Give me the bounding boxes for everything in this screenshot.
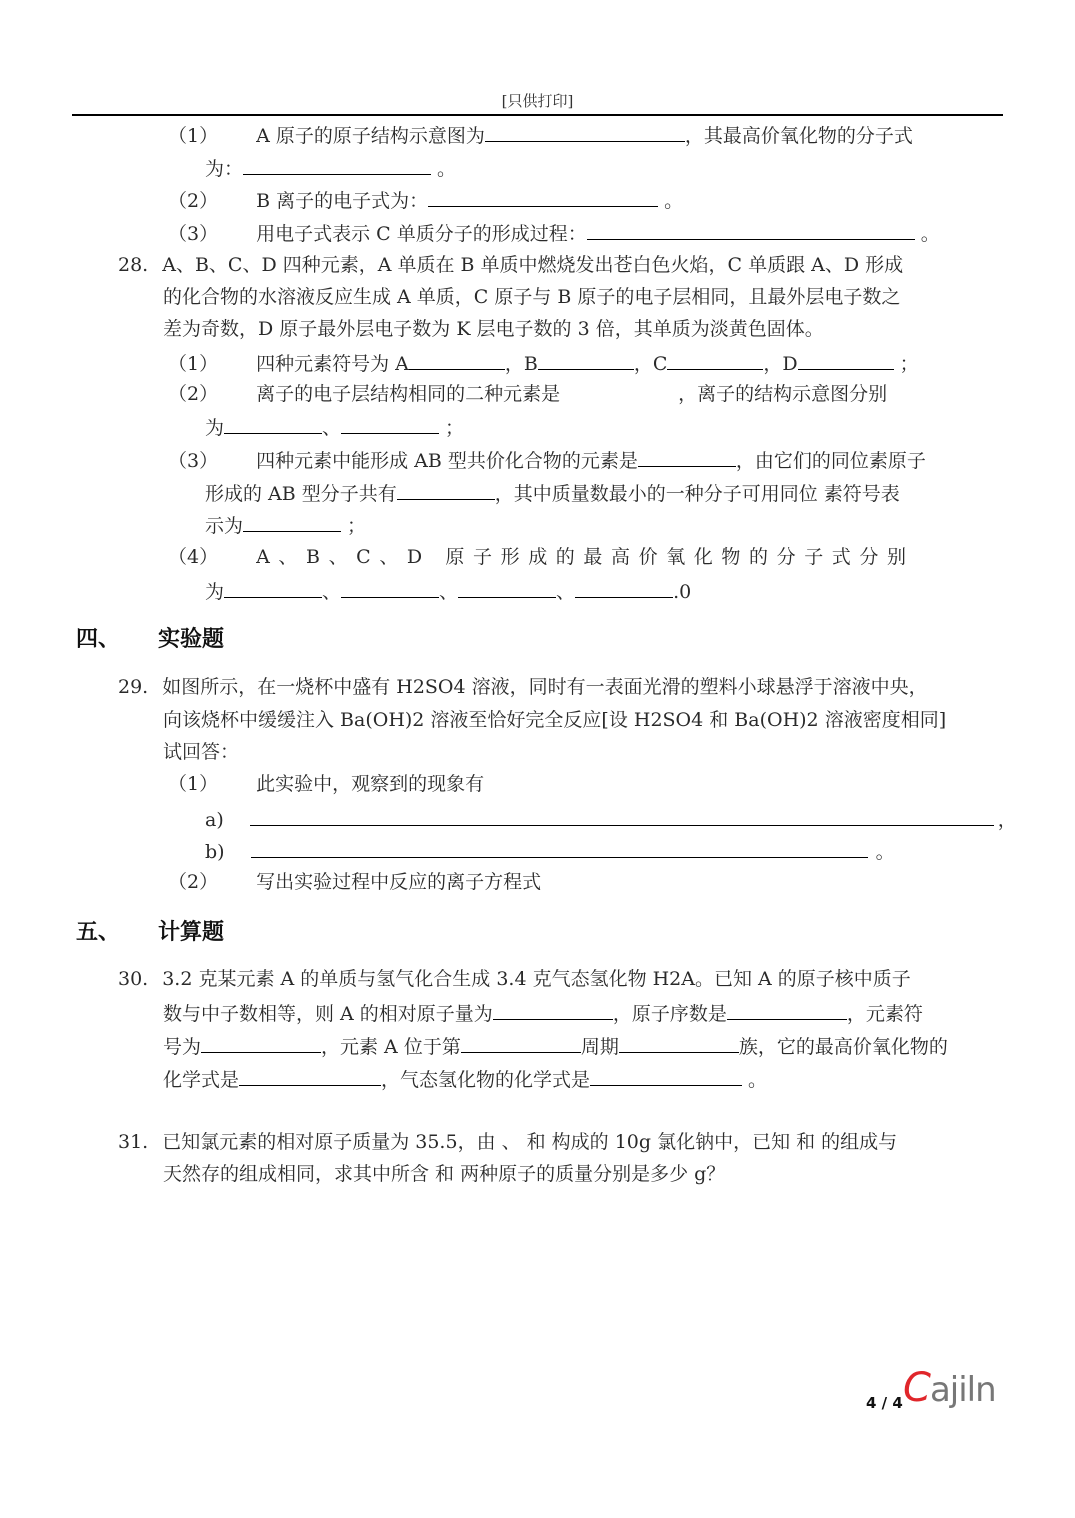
part-label: （4） [168,546,218,568]
answer-blank[interactable] [201,1033,321,1053]
answer-blank[interactable] [224,414,322,434]
header-divider [72,114,1003,116]
question-text: ，原子序数是 [613,1003,727,1025]
punctuation: 。 [921,223,940,245]
question-text: 形成的 AB 型分子共有 [205,483,397,505]
part-label: （3） [168,223,218,245]
answer-blank-c[interactable] [667,350,763,370]
punctuation: ； [900,353,919,375]
answer-blank[interactable] [493,1000,613,1020]
answer-blank[interactable] [485,122,685,142]
part-label: （2） [168,383,218,405]
answer-blank-a[interactable] [409,350,505,370]
question-text: ，元素 A 位于第 [321,1036,461,1058]
q28-part1: （1）四种元素符号为 A，B，C，D； [168,350,919,376]
section-heading-5: 五、计算题 [76,915,224,946]
q28-part3-cont2: 示为； [205,512,366,538]
q30-line2: 数与中子数相等，则 A 的相对原子量为，原子序数是，元素符 [163,1000,923,1026]
question-text: A、B、C、D 原子形成的最高价氧化物的分子式分别 [256,546,915,568]
answer-blank[interactable] [461,1033,581,1053]
punctuation: 、 [322,417,341,439]
part-label: （1） [168,773,218,795]
question-text: 示为 [205,515,243,537]
punctuation: 。 [876,841,895,863]
question-text: 为 [205,417,224,439]
answer-blank[interactable] [341,414,439,434]
q27-part1-cont: 为：。 [205,155,456,181]
part-label: （1） [168,125,218,147]
answer-blank[interactable] [243,512,341,532]
question-text: 化学式是 [163,1069,239,1091]
question-text: ，气态氢化物的化学式是 [381,1069,590,1091]
logo-letter-c: C [903,1365,930,1411]
answer-blank[interactable] [341,578,439,598]
question-number: 29. [118,676,148,698]
punctuation: 、 [439,581,458,603]
answer-blank[interactable] [250,806,994,826]
q29-stem-line1: 29.如图所示，在一烧杯中盛有 H2SO4 溶液，同时有一表面光滑的塑料小球悬浮… [118,675,928,699]
question-text: ，元素符 [847,1003,923,1025]
q29-answer-a: a)， [205,806,1017,832]
section-title: 实验题 [158,627,224,652]
section-heading-4: 四、实验题 [76,622,224,653]
punctuation: 。 [748,1069,767,1091]
punctuation: 。 [664,190,683,212]
q30-line1: 30.3.2 克某元素 A 的单质与氢气化合生成 3.4 克气态氢化物 H2A。… [118,967,911,991]
page-header: [只供打印] [0,90,1075,111]
question-text: ，其中质量数最小的一种分子可用同位 素符号表 [495,483,900,505]
q28-stem-line1: 28.A、B、C、D 四种元素，A 单质在 B 单质中燃烧发出苍白色火焰，C 单… [118,253,903,277]
section-number: 五、 [76,920,120,945]
question-text: 号为 [163,1036,201,1058]
question-text: ，B [505,353,538,375]
part-label: （2） [168,190,218,212]
question-text: ，由它们的同位素原子 [736,450,926,472]
q29-stem-line2: 向该烧杯中缓缓注入 Ba(OH)2 溶液至恰好完全反应[设 H2SO4 和 Ba… [163,708,946,732]
part-label: （1） [168,353,218,375]
question-text: 为 [205,581,224,603]
part-label: （3） [168,450,218,472]
question-text: ，离子的结构示意图分别 [678,383,887,405]
question-number: 28. [118,254,148,276]
question-text: ，C [634,353,668,375]
answer-blank-b[interactable] [538,350,634,370]
answer-blank[interactable] [638,447,736,467]
question-text: 此实验中，观察到的现象有 [256,773,484,795]
question-text: 数与中子数相等，则 A 的相对原子量为 [163,1003,493,1025]
answer-blank[interactable] [428,187,658,207]
answer-blank[interactable] [587,220,915,240]
q29-part2: （2）写出实验过程中反应的离子方程式 [168,870,541,894]
question-number: 31. [118,1131,148,1153]
q29-answer-b: b)。 [205,838,895,864]
question-text: 3.2 克某元素 A 的单质与氢气化合生成 3.4 克气态氢化物 H2A。已知 … [162,968,911,990]
q27-part1: （1）A 原子的原子结构示意图为，其最高价氧化物的分子式 [168,122,913,148]
q28-part2: （2）离子的电子层结构相同的二种元素是，离子的结构示意图分别 [168,382,887,406]
answer-blank[interactable] [619,1033,739,1053]
question-text: B 离子的电子式为： [256,190,428,212]
q28-part4: （4）A、B、C、D 原子形成的最高价氧化物的分子式分别 [168,545,915,569]
logo-text: ajiln [930,1370,996,1410]
question-text: 离子的电子层结构相同的二种元素是 [256,383,560,405]
answer-blank[interactable] [458,578,556,598]
q28-part4-cont: 为、、、.0 [205,578,691,604]
punctuation: .0 [673,581,691,603]
q30-line3: 号为，元素 A 位于第周期族，它的最高价氧化物的 [163,1033,948,1059]
punctuation: 、 [322,581,341,603]
question-text: 已知氯元素的相对原子质量为 35.5，由 、 和 构成的 10g 氯化钠中，已知… [162,1131,897,1153]
q28-stem-line2: 的化合物的水溶液反应生成 A 单质，C 原子与 B 原子的电子层相同，且最外层电… [163,285,900,309]
punctuation: ； [347,515,366,537]
q31-line2: 天然存的组成相同，求其中所含 和 两种原子的质量分别是多少 g？ [163,1162,725,1186]
answer-blank[interactable] [243,155,431,175]
document-page: [只供打印] （1）A 原子的原子结构示意图为，其最高价氧化物的分子式 为：。 … [0,0,1075,1518]
question-text: 如图所示，在一烧杯中盛有 H2SO4 溶液，同时有一表面光滑的塑料小球悬浮于溶液… [162,676,927,698]
answer-blank[interactable] [575,578,673,598]
question-text: 族，它的最高价氧化物的 [739,1036,948,1058]
q28-stem-line3: 差为奇数，D 原子最外层电子数为 K 层电子数的 3 倍，其单质为淡黄色固体。 [163,317,824,341]
question-text: 用电子式表示 C 单质分子的形成过程： [256,223,587,245]
q29-part1: （1）此实验中，观察到的现象有 [168,772,484,796]
question-text: 四种元素符号为 A [256,353,409,375]
question-text: ，D [763,353,797,375]
answer-blank-d[interactable] [798,350,894,370]
punctuation: ， [998,809,1017,831]
punctuation: 、 [556,581,575,603]
q28-part3: （3）四种元素中能形成 AB 型共价化合物的元素是，由它们的同位素原子 [168,447,926,473]
question-text: A 原子的原子结构示意图为 [256,125,485,147]
question-text: 周期 [581,1036,619,1058]
part-label: （2） [168,871,218,893]
section-title: 计算题 [158,920,224,945]
q29-stem-line3: 试回答： [163,740,239,764]
question-text: ，其最高价氧化物的分子式 [685,125,913,147]
sub-label: a) [205,809,224,831]
page-number: 4 / 4 [866,1394,903,1412]
answer-blank[interactable] [251,838,868,858]
question-text: 写出实验过程中反应的离子方程式 [256,871,541,893]
q28-part2-cont: 为、； [205,414,464,440]
section-number: 四、 [76,627,120,652]
answer-blank[interactable] [239,1066,381,1086]
question-text: 为： [205,158,243,180]
sub-label: b) [205,841,225,863]
q28-part3-cont1: 形成的 AB 型分子共有，其中质量数最小的一种分子可用同位 素符号表 [205,480,900,506]
q27-part2: （2）B 离子的电子式为：。 [168,187,683,213]
punctuation: 。 [437,158,456,180]
answer-blank[interactable] [224,578,322,598]
answer-blank[interactable] [590,1066,742,1086]
punctuation: ； [445,417,464,439]
question-text: 四种元素中能形成 AB 型共价化合物的元素是 [256,450,638,472]
cajiln-logo: Cajiln [903,1365,996,1411]
q31-line1: 31.已知氯元素的相对原子质量为 35.5，由 、 和 构成的 10g 氯化钠中… [118,1130,897,1154]
q30-line4: 化学式是，气态氢化物的化学式是。 [163,1066,767,1092]
answer-blank[interactable] [397,480,495,500]
question-text: A、B、C、D 四种元素，A 单质在 B 单质中燃烧发出苍白色火焰，C 单质跟 … [162,254,903,276]
answer-blank[interactable] [727,1000,847,1020]
question-number: 30. [118,968,148,990]
q27-part3: （3）用电子式表示 C 单质分子的形成过程：。 [168,220,940,246]
